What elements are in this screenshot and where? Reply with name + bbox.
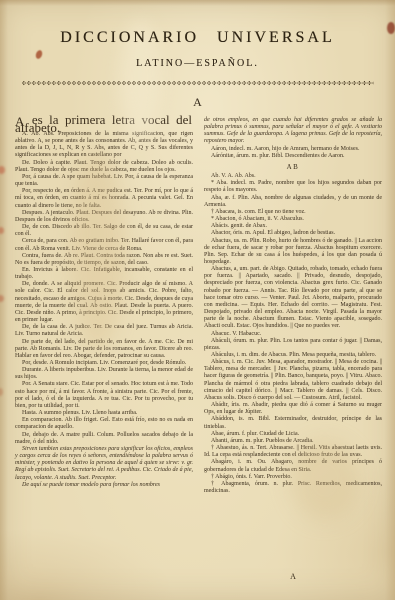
dictionary-paragraph: Por, á causa de. A spe quam habebat. Liv… <box>15 174 193 188</box>
dictionary-paragraph: De, donde. A se aliquid promere. Cic. Pr… <box>15 281 193 324</box>
dictionary-paragraph: Sirven tambien estas preposiciones para … <box>15 446 193 482</box>
dictionary-paragraph: Abáculi, órum. m. plur. Plin. Los tantos… <box>204 338 382 352</box>
dictionary-paragraph: Abae, árum. f. plur. Ciudad de Licia. <box>204 431 382 438</box>
dictionary-paragraph: de otros empleos, en que cuando hai dife… <box>204 117 382 146</box>
dictionary-paragraph: Por, desde. A Romulo incipiam. Liv. Come… <box>15 360 193 367</box>
dictionary-paragraph: Abagáro, i. m. Ou. Abagaro, nombre de va… <box>204 459 382 473</box>
right-column: de otros empleos, en que cuando hai dife… <box>204 117 382 495</box>
dictionary-paragraph: De, de la casa de. A judice. Ter. De cas… <box>15 324 193 338</box>
dictionary-paragraph: Abáculus, i. m. dim. de Abacus. Plin. Me… <box>204 352 382 359</box>
dictionary-page: DICCIONARIO UNIVERSAL LATINO—ESPAÑOL. ✣✣… <box>0 0 395 600</box>
dictionary-paragraph: De parte de, del lado, del partido de, e… <box>15 339 193 360</box>
dictionary-paragraph: † Abágio, ónis. f. Varr. Proverbio. <box>204 474 382 481</box>
dictionary-paragraph: * Aba. indecl. m. Padre, nombre que los … <box>204 180 382 194</box>
ornament-divider: ✣✣✣✣✣✣✣✣✣✣✣✣✣✣✣✣✣✣✣✣✣✣✣✣✣✣✣✣✣✣✣✣✣✣✣✣✣✣✣✣… <box>22 81 374 87</box>
dictionary-paragraph: Ab. V. A. Ab. Abs. <box>204 173 382 180</box>
dictionary-paragraph: Abactor, óris. m. Apul. El abigeo, ladro… <box>204 230 382 237</box>
dictionary-paragraph: De, de con. Discedo ab illo. Ter. Salgo … <box>15 224 193 238</box>
page-title: DICCIONARIO UNIVERSAL <box>0 29 395 47</box>
dictionary-paragraph: † Abaestuo, ás. n. Tert. Abrasarse. || H… <box>204 445 382 459</box>
dictionary-paragraph: De, debajo de. A matre pulli. Colum. Pol… <box>15 432 193 446</box>
dictionary-paragraph: Aárónitæ, árum. m. plur. Bibl. Descendie… <box>204 153 382 160</box>
dictionary-paragraph: Abácus, i. m. Cic. Juv. Mesa, aparador, … <box>204 359 382 402</box>
dictionary-paragraph: Abanti, árum. m. plur. Pueblos de Arcadi… <box>204 438 382 445</box>
dictionary-paragraph: Abactus, a, um. part. de Abigo. Quitado,… <box>204 266 382 330</box>
dictionary-paragraph: Abádir, íris. m. Abadir, piedra que dió … <box>204 402 382 416</box>
dictionary-paragraph: A es la primera letra vocal del alfabeto… <box>15 117 193 131</box>
dictionary-paragraph: De. Doleo à capite. Plaut. Tengo dolor d… <box>15 160 193 174</box>
dictionary-paragraph: † Abagmenta, órum. n. plur. Prisc. Remed… <box>204 481 382 495</box>
page-header: DICCIONARIO UNIVERSAL LATINO—ESPAÑOL. ✣✣… <box>0 0 395 110</box>
dictionary-paragraph: Abactus, us. m. Plin. Robo, hurto de hom… <box>204 238 382 267</box>
dictionary-paragraph: En comparacion. Ab illo friget. Gel. Est… <box>15 417 193 431</box>
dictionary-paragraph: Aáron, indecl. m. Aaron, hijo de Amram, … <box>204 146 382 153</box>
signature-mark: A <box>204 572 382 581</box>
drop-cap: A <box>15 114 25 129</box>
text-columns: A es la primera letra vocal del alfabeto… <box>0 110 395 495</box>
dictionary-paragraph: A. Ab. Abs. Preposiciones de la misma si… <box>15 131 193 160</box>
dictionary-paragraph: Abáddon, is. m. Bibl. Esterminador, dest… <box>204 416 382 430</box>
dictionary-paragraph: Contra, fuera de. Ab re. Plaut. Contra t… <box>15 253 193 267</box>
dictionary-paragraph: Abácis. genit. de Abax. <box>204 223 382 230</box>
page-subtitle: LATINO—ESPAÑOL. <box>0 58 395 69</box>
dictionary-paragraph: Abacuc. V. Habacuc. <box>204 331 382 338</box>
left-column: A es la primera letra vocal del alfabeto… <box>15 117 193 495</box>
dictionary-paragraph: Por, respecto de, en órden á. A me pudic… <box>15 188 193 209</box>
dictionary-paragraph: De aquí se puede tomar modelo para forma… <box>15 482 193 489</box>
entry-heading: AB <box>204 164 382 171</box>
section-letter: A <box>0 95 395 110</box>
dictionary-paragraph: Durante. A liberis inpuberibus. Liv. Dur… <box>15 367 193 381</box>
dictionary-paragraph: En. Invictus à labore. Cic. Infatigable,… <box>15 267 193 281</box>
dictionary-paragraph: Cerca de, para con. Ab eo gratiam inibo.… <box>15 238 193 252</box>
dictionary-paragraph: Aba, æ. f. Plin. Aba, nombre de algunas … <box>204 195 382 209</box>
dictionary-paragraph: Por. A Senatu stare. Cic. Estar por el s… <box>15 381 193 410</box>
dictionary-paragraph: † Abacæa, is. com. El que no tiene voz. <box>204 209 382 216</box>
dictionary-paragraph: * Abacion, ó Abaciam, ii. V. Abaculus. <box>204 216 382 223</box>
dictionary-paragraph: Despues. A jentaculo. Plaut. Despues del… <box>15 210 193 224</box>
